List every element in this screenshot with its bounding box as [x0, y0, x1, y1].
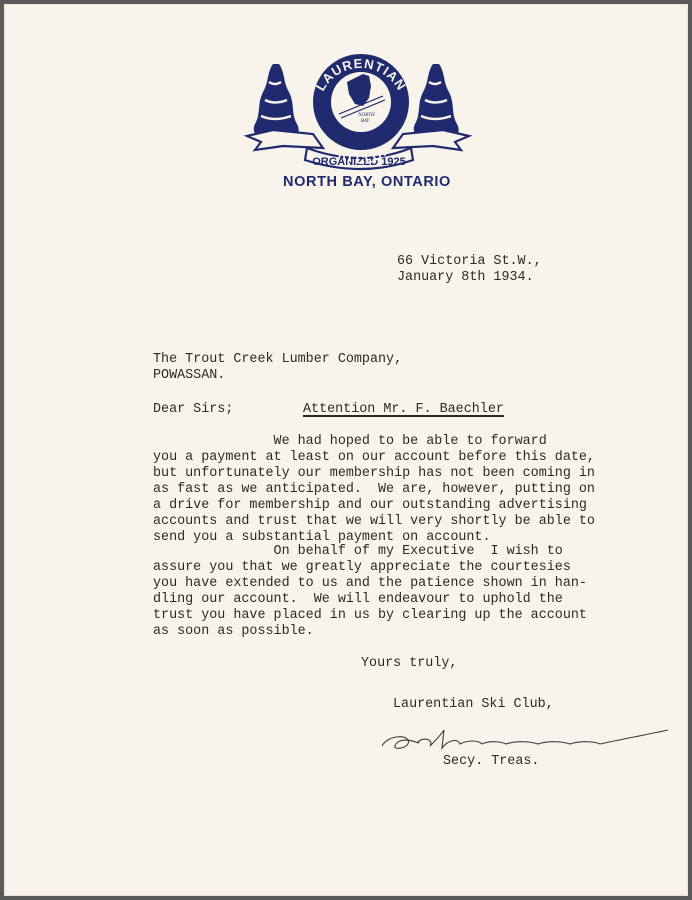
attention-line: Attention Mr. F. Baechler [303, 402, 504, 419]
sender-street: 66 Victoria St.W., [397, 254, 542, 271]
body-line: as fast as we anticipated. We are, howev… [153, 482, 595, 499]
body-line: assure you that we greatly appreciate th… [153, 560, 571, 577]
closing-organization: Laurentian Ski Club, [393, 697, 554, 714]
letterhead-location: NORTH BAY, ONTARIO [267, 174, 467, 190]
body-line: On behalf of my Executive I wish to [153, 544, 563, 561]
salutation: Dear Sirs; [153, 402, 233, 419]
signer-title: Secy. Treas. [443, 754, 539, 771]
club-logo: ORGANIZED 1925 LAURENTIAN SKI CLUB NORTH… [243, 52, 473, 172]
recipient-company: The Trout Creek Lumber Company, [153, 352, 402, 369]
pine-tree-icon [414, 64, 459, 138]
body-line: you have extended to us and the patience… [153, 576, 587, 593]
letter-date: January 8th 1934. [397, 270, 534, 287]
handwritten-signature [378, 726, 673, 756]
body-line: as soon as possible. [153, 624, 314, 641]
valediction: Yours truly, [361, 656, 457, 673]
body-line: but unfortunately our membership has not… [153, 466, 595, 483]
body-line: a drive for membership and our outstandi… [153, 498, 587, 515]
recipient-town: POWASSAN. [153, 368, 225, 385]
body-line: We had hoped to be able to forward [153, 434, 547, 451]
body-line: trust you have placed in us by clearing … [153, 608, 587, 625]
pine-tree-icon [254, 64, 299, 138]
body-line: you a payment at least on our account be… [153, 450, 595, 467]
body-line: accounts and trust that we will very sho… [153, 514, 595, 531]
body-line: dling our account. We will endeavour to … [153, 592, 563, 609]
